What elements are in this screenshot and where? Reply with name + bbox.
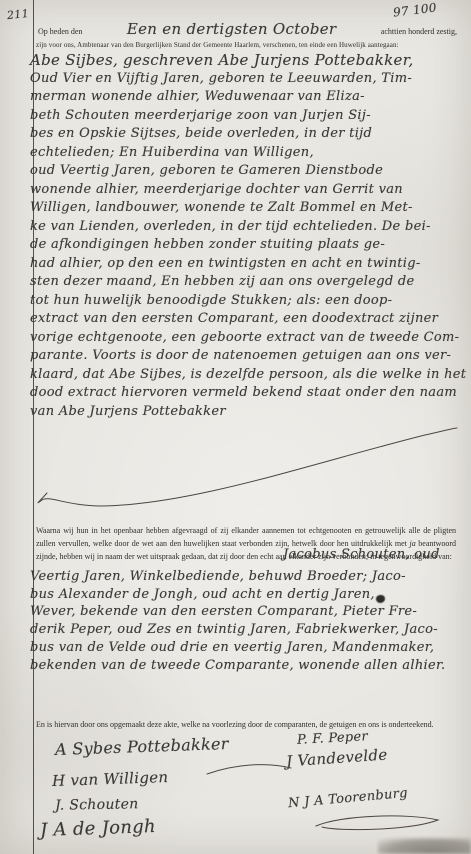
deed-line: dood extract hiervoren vermeld bekend st…	[30, 384, 465, 403]
deed-line: tot hun huwelijk benoodigde Stukken; als…	[30, 292, 465, 311]
signature-groom: A Sybes Pottebakker	[55, 734, 229, 759]
folio-number: 97 100	[392, 0, 437, 19]
deed-line: sten dezer maand, En hebben zij aan ons …	[30, 273, 465, 292]
signature-witness-vandevelde: J Vandevelde	[285, 745, 388, 770]
witness-line: Veertig Jaren, Winkelbediende, behuwd Br…	[30, 568, 465, 586]
header-registrar-line: zijn voor ons, Ambtenaar van den Burgerl…	[36, 41, 399, 49]
deed-line: ke van Lienden, overleden, in der tijd e…	[30, 218, 465, 237]
deed-line: Willigen, landbouwer, wonende te Zalt Bo…	[30, 199, 465, 218]
deed-line: klaard, dat Abe Sijbes, is dezelfde pers…	[30, 366, 465, 385]
deed-line: extract van den eersten Comparant, een d…	[30, 310, 465, 329]
witness-line: Wever, bekende van den eersten Comparant…	[30, 603, 465, 621]
signature-witness-peper: P. F. Peper	[297, 729, 369, 748]
handwritten-date: Een en dertigsten October	[82, 20, 380, 38]
witness-handwritten-block: Veertig Jaren, Winkelbediende, behuwd Br…	[30, 568, 465, 674]
witness-line: bus Alexander de Jongh, oud acht en dert…	[30, 586, 465, 604]
deed-line: vorige echtgenoote, een geboorte extract…	[30, 329, 465, 348]
signature-swash-icon	[205, 760, 295, 783]
deed-line: Abe Sijbes, geschreven Abe Jurjens Potte…	[30, 51, 465, 70]
deed-handwritten-block: Abe Sijbes, geschreven Abe Jurjens Potte…	[30, 51, 465, 421]
witness-line: bus van de Velde oud drie en veertig Jar…	[30, 639, 465, 657]
act-number: 211	[6, 7, 29, 22]
signature-bride: H van Willigen	[52, 768, 169, 790]
blank-space-flourish-icon	[33, 419, 460, 514]
signature-witness-dejongh: J A de Jongh	[40, 816, 157, 841]
closing-statement: En is hiervan door ons opgemaakt deze ak…	[36, 718, 456, 731]
deed-line: had alhier, op den een en twintigsten en…	[30, 255, 465, 274]
header-printed-suffix: achttien honderd zestig,	[381, 27, 457, 36]
deed-line: beth Schouten meerderjarige zoon van Jur…	[30, 107, 465, 126]
witness-handwritten-inline: Jacobus Schouten, oud	[283, 547, 440, 562]
vow-text-part1: Waarna wij hun in het openbaar hebben af…	[36, 526, 456, 548]
deed-line: merman wonende alhier, Weduwenaar van El…	[30, 88, 465, 107]
witness-line: bekenden van de tweede Comparante, wonen…	[30, 657, 465, 675]
deed-line: parante. Voorts is door de natenoemen ge…	[30, 347, 465, 366]
deed-line: oud Veertig Jaren, geboren te Gameren Di…	[30, 162, 465, 181]
deed-line: de afkondigingen hebben zonder stuiting …	[30, 236, 465, 255]
deed-line: wonende alhier, meerderjarige dochter va…	[30, 181, 465, 200]
signature-official: N J A Toorenburg	[288, 786, 409, 811]
signature-witness-schouten: J. Schouten	[55, 796, 139, 813]
deed-line: Oud Vier en Vijftig Jaren, geboren te Le…	[30, 70, 465, 89]
scan-smudge	[378, 838, 471, 854]
deed-line: echtelieden; En Huiberdina van Willigen,	[30, 144, 465, 163]
header-printed-prefix: Op heden den	[38, 27, 82, 36]
witness-line: derik Peper, oud Zes en twintig Jaren, F…	[30, 621, 465, 639]
deed-line: bes en Opskie Sijtses, beide overleden, …	[30, 125, 465, 144]
header-date-line: Op heden den Een en dertigsten October a…	[38, 20, 457, 38]
document-page: 211 97 100 Op heden den Een en dertigste…	[0, 0, 471, 854]
official-paraph-icon	[312, 812, 444, 841]
